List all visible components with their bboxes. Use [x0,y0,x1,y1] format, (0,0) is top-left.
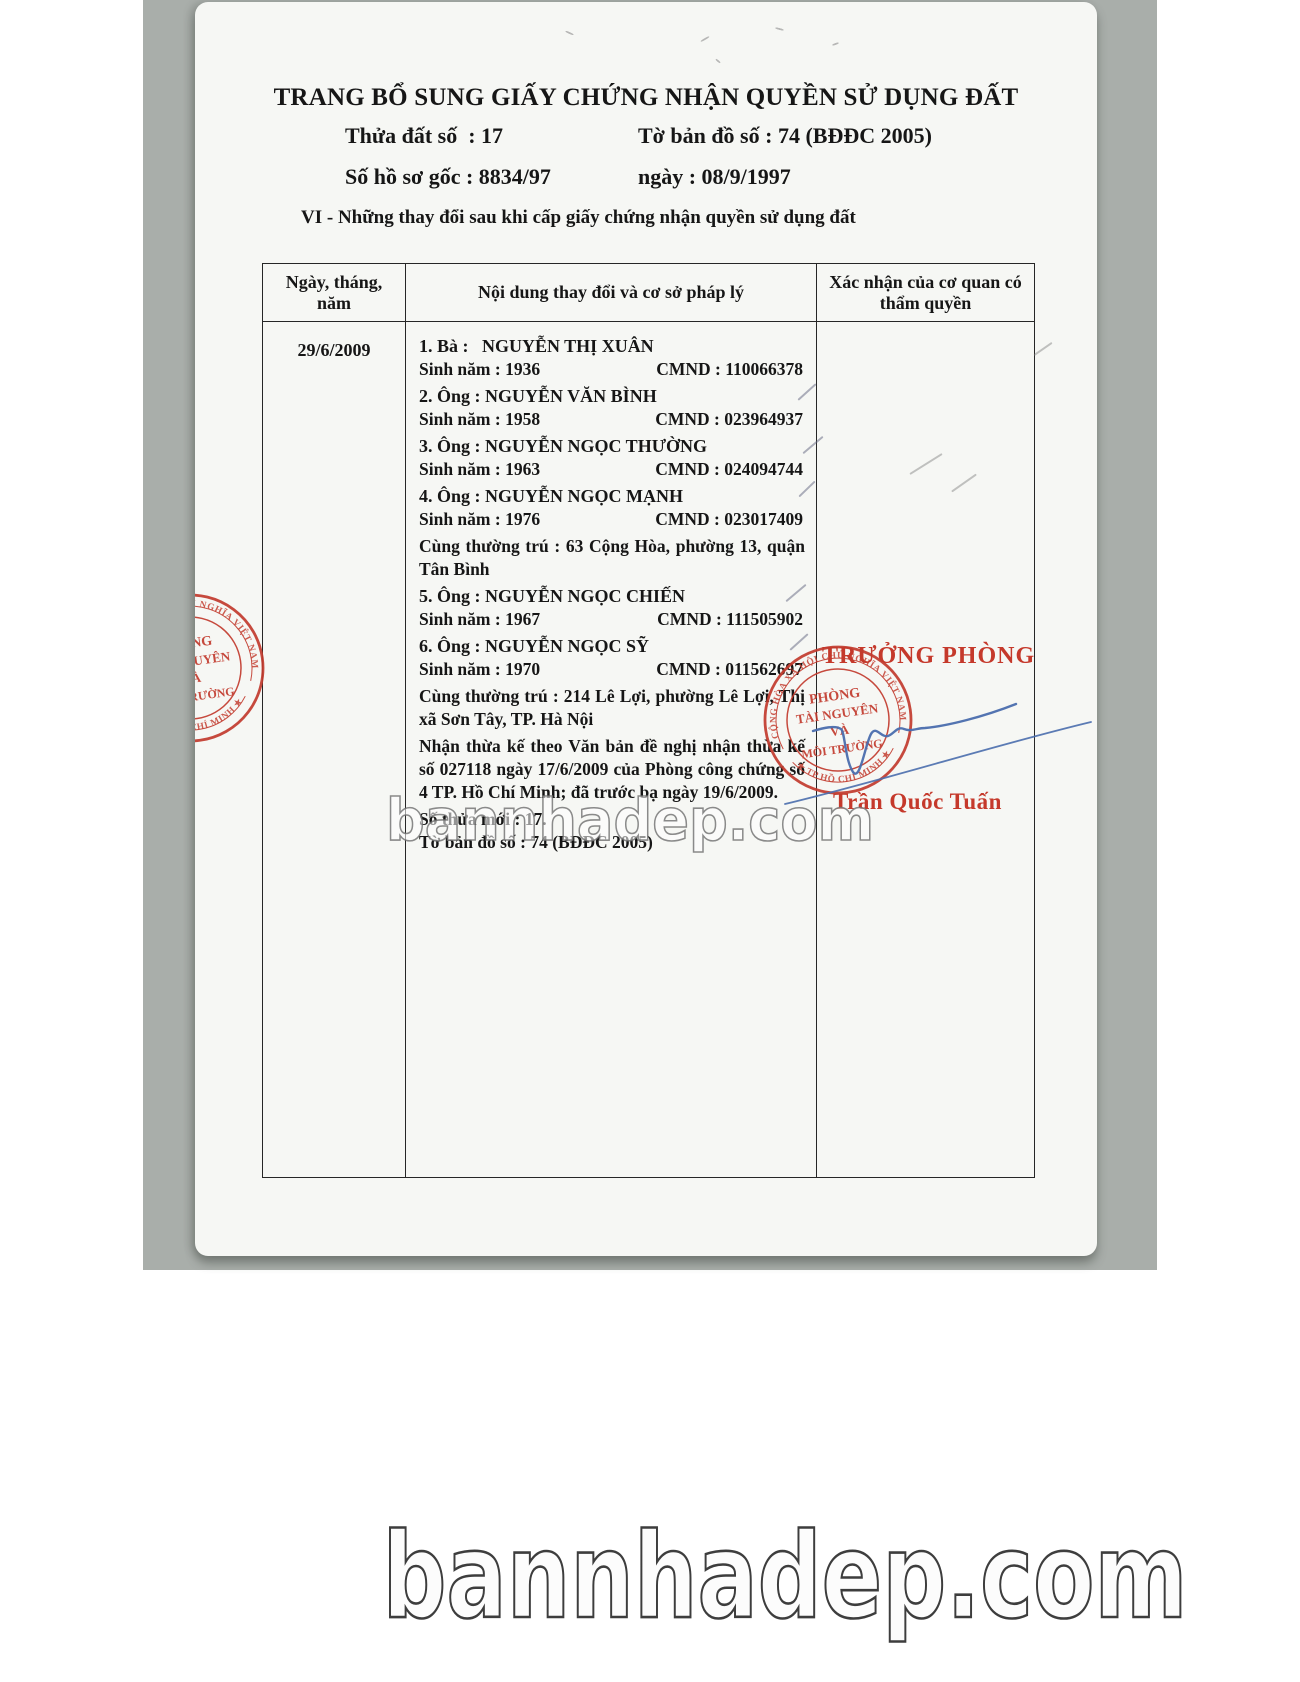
person-detail: Sinh năm : 1963 CMND : 024094744 [419,458,805,481]
person-id: CMND : 111505902 [657,608,803,631]
scan-speck [565,30,574,35]
person-detail: Sinh năm : 1970 CMND : 011562697 [419,658,805,681]
pencil-mark [1033,342,1052,356]
watermark-overlay: bannhadep.com [380,792,880,854]
map-sheet-number: Tờ bản đồ số : 74 (BĐĐC 2005) [638,123,932,149]
person-birth: Sinh năm : 1967 [419,608,540,631]
scan-speck [775,27,784,31]
section-title: VI - Những thay đổi sau khi cấp giấy chứ… [301,207,856,229]
person-name: 6. Ông : NGUYỄN NGỌC SỸ [419,635,805,658]
scan-speck [715,58,721,63]
change-date-cell: 29/6/2009 [263,322,406,1177]
person-birth: Sinh năm : 1936 [419,358,540,381]
column-header-confirmation: Xác nhận của cơ quan có thẩm quyền [817,264,1034,322]
column-header-date: Ngày, tháng, năm [263,264,406,322]
stamp-line2: TÀI NGUYÊN [195,648,232,674]
watermark-text: bannhadep.com [383,1507,1188,1645]
person-birth: Sinh năm : 1963 [419,458,540,481]
person-id: CMND : 023017409 [655,508,803,531]
person-id: CMND : 024094744 [655,458,803,481]
page-title: TRANG BỔ SUNG GIẤY CHỨNG NHẬN QUYỀN SỬ D… [195,84,1097,112]
person-birth: Sinh năm : 1970 [419,658,540,681]
residence-address: Cùng thường trú : 214 Lê Lợi, phường Lê … [419,685,805,731]
dossier-number: Số hồ sơ gốc : 8834/97 [345,164,551,190]
document-page: TRANG BỔ SUNG GIẤY CHỨNG NHẬN QUYỀN SỬ D… [195,2,1097,1256]
scan-speck [832,42,839,46]
person-birth: Sinh năm : 1976 [419,508,540,531]
parcel-number: Thửa đất số : 17 [345,123,503,149]
person-name: 1. Bà : NGUYỄN THỊ XUÂN [419,335,805,358]
column-header-content: Nội dung thay đổi và cơ sở pháp lý [406,264,817,322]
person-birth: Sinh năm : 1958 [419,408,540,431]
person-name: 5. Ông : NGUYỄN NGỌC CHIẾN [419,585,805,608]
residence-address: Cùng thường trú : 63 Cộng Hòa, phường 13… [419,535,805,581]
official-stamp-partial: CỘNG HÒA XÃ HỘI CHỦ NGHĨA VIỆT NAM ★ TP … [195,588,270,748]
person-detail: Sinh năm : 1967 CMND : 111505902 [419,608,805,631]
person-detail: Sinh năm : 1976 CMND : 023017409 [419,508,805,531]
person-detail: Sinh năm : 1936 CMND : 110066378 [419,358,805,381]
issue-date: ngày : 08/9/1997 [638,164,791,190]
person-name: 4. Ông : NGUYỄN NGỌC MẠNH [419,485,805,508]
watermark-logo: bannhadep.com [375,1505,1205,1655]
person-id: CMND : 023964937 [655,408,803,431]
person-detail: Sinh năm : 1958 CMND : 023964937 [419,408,805,431]
person-name: 2. Ông : NGUYỄN VĂN BÌNH [419,385,805,408]
watermark-text: bannhadep.com [386,792,874,854]
person-id: CMND : 110066378 [656,358,803,381]
stamp-line3: VÀ [195,670,202,688]
person-name: 3. Ông : NGUYỄN NGỌC THƯỜNG [419,435,805,458]
stamp-line4: MÔI TRƯỜNG [195,684,235,709]
scan-speck [700,36,710,43]
